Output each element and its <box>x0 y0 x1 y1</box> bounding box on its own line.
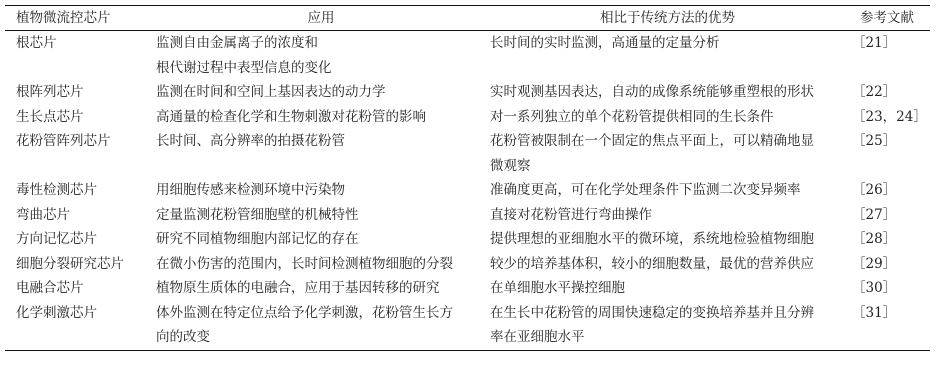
cell-application: 体外监测在特定位点给予化学刺激，花粉管生长方 向的改变 <box>156 301 486 350</box>
cell-chip: 根芯片 <box>16 31 151 56</box>
cell-chip: 毒性检测芯片 <box>16 178 151 203</box>
cell-advantage: 准确度更高，可在化学处理条件下监测二次变异频率 <box>490 178 845 203</box>
cell-advantage: 实时观测基因表达，自动的成像系统能够重塑根的形状 <box>490 80 845 105</box>
cell-chip: 弯曲芯片 <box>16 203 151 228</box>
cell-reference: ［23，24］ <box>852 105 927 130</box>
cell-reference: ［28］ <box>852 227 927 252</box>
cell-reference: ［22］ <box>852 80 927 105</box>
cell-advantage: 花粉管被限制在一个固定的焦点平面上，可以精确地显 微观察 <box>490 129 845 178</box>
cell-advantage: 提供理想的亚细胞水平的微环境，系统地检验植物细胞 <box>490 227 845 252</box>
cell-advantage: 对一系列独立的单个花粉管提供相同的生长条件 <box>490 105 845 130</box>
cell-application: 在微小伤害的范围内，长时间检测植物细胞的分裂 <box>156 252 486 277</box>
cell-chip: 化学刺激芯片 <box>16 301 151 326</box>
header-advantage: 相比于传统方法的优势 <box>490 8 845 28</box>
cell-reference: ［26］ <box>852 178 927 203</box>
cell-application: 监测在时间和空间上基因表达的动力学 <box>156 80 486 105</box>
cell-application: 用细胞传感来检测环境中污染物 <box>156 178 486 203</box>
cell-advantage: 在生长中花粉管的周围快速稳定的变换培养基并且分辨 率在亚细胞水平 <box>490 301 845 350</box>
cell-reference: ［21］ <box>852 31 927 56</box>
cell-advantage: 长时间的实时监测，高通量的定量分析 <box>490 31 845 56</box>
header-application: 应用 <box>156 8 486 28</box>
cell-chip: 花粉管阵列芯片 <box>16 129 151 154</box>
cell-application: 定量监测花粉管细胞壁的机械特性 <box>156 203 486 228</box>
cell-advantage: 较少的培养基体积，较小的细胞数量，最优的营养供应 <box>490 252 845 277</box>
cell-chip: 生长点芯片 <box>16 105 151 130</box>
cell-reference: ［29］ <box>852 252 927 277</box>
cell-reference: ［27］ <box>852 203 927 228</box>
cell-reference: ［31］ <box>852 301 927 326</box>
cell-chip: 方向记忆芯片 <box>16 227 151 252</box>
cell-chip: 根阵列芯片 <box>16 80 151 105</box>
cell-application: 监测自由金属离子的浓度和 根代谢过程中表型信息的变化 <box>156 31 486 80</box>
cell-application: 高通量的检查化学和生物刺激对花粉管的影响 <box>156 105 486 130</box>
cell-reference: ［25］ <box>852 129 927 154</box>
cell-reference: ［30］ <box>852 276 927 301</box>
cell-advantage: 直接对花粉管进行弯曲操作 <box>490 203 845 228</box>
bottom-rule <box>5 350 930 351</box>
top-rule <box>5 5 930 6</box>
cell-application: 植物原生质体的电融合，应用于基因转移的研究 <box>156 276 486 301</box>
cell-advantage: 在单细胞水平操控细胞 <box>490 276 845 301</box>
header-reference: 参考文献 <box>847 8 927 28</box>
cell-application: 研究不同植物细胞内部记忆的存在 <box>156 227 486 252</box>
cell-chip: 电融合芯片 <box>16 276 151 301</box>
cell-application: 长时间、高分辨率的拍摄花粉管 <box>156 129 486 154</box>
header-chip: 植物微流控芯片 <box>16 8 111 28</box>
cell-chip: 细胞分裂研究芯片 <box>16 252 151 277</box>
